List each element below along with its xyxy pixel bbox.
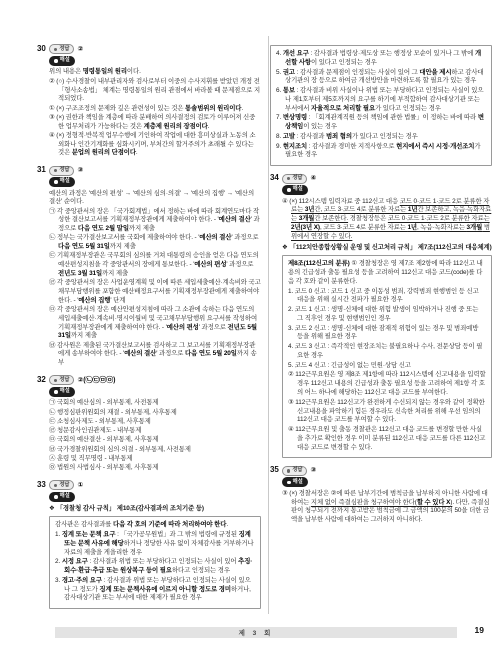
answer-badge-label: 정답 (292, 468, 302, 473)
law-box-line: 3. 경고·주의 요구 : 감사결과 위법 또는 부당하다고 인정되는 사실이 … (55, 577, 255, 603)
question-body: 해설㉠ 국회의 예산심의 - 외부통제, 사전통제㉡ 행정심판위원회의 재결 -… (49, 387, 261, 473)
answer-value: ③ (77, 166, 83, 176)
answer-badge-label: 정답 (59, 483, 69, 488)
answer-badge: 정답 (49, 166, 75, 176)
explanation-line: ㉡ 정부는 국가결산보고서를 국회에 제출하여야 한다. - '예산의 결산' … (49, 234, 261, 252)
explanation-line: ㉦ 훈령 및 직무명령 - 내부통제 (49, 455, 261, 464)
explanation-line: ㉤ 국회의 예산결산 - 외부통제, 사후통제 (49, 436, 261, 445)
law-box-line: 7. 변상명령 : 「회계관계직원 등의 책임에 관한 법률」이 정하는 바에 … (276, 114, 486, 132)
question-body: 해설❖「경찰청 감사 규칙」 제10조(감사결과의 조치기준 등)감사관은 감사… (49, 492, 261, 609)
page-number: 19 (475, 625, 484, 635)
explanation-line: ③ (×) 권한과 책임을 계층에 따라 분배하여 의사결정의 검토가 이루어져… (49, 114, 261, 132)
explanation-line: 위의 내용은 명령통일의 원리이다. (49, 68, 261, 77)
circle-icon (54, 484, 58, 488)
explanation-badge: 해설 (49, 56, 75, 66)
question-33: 33정답①해설❖「경찰청 감사 규칙」 제10조(감사결과의 조치기준 등)감사… (37, 480, 261, 609)
question-number: 34 (270, 173, 279, 184)
answer-value: ① (77, 481, 83, 491)
answer-badge: 정답 (49, 375, 75, 385)
explanation-line: ㉣ 청문감사인권관제도 - 내부통제 (49, 427, 261, 436)
law-box-line: 2. 시정 요구 : 감사결과 위법 또는 부당하다고 인정되는 사실이 있어 … (55, 558, 255, 576)
question-31: 31정답③해설예산의 과정은 '예산의 편성' → '예산의 심의·의결' → … (37, 165, 261, 368)
law-box-line: 9. 현지조치 : 감사결과 경미한 지적사항으로 현지에서 즉시 시정·개선조… (276, 143, 486, 161)
explanation-line: ④ (×) 정형적·반복적 업무수행에 기인하여 작업에 대한 흥미상실과 노동… (49, 132, 261, 158)
diamond-icon: ❖ (49, 505, 55, 514)
question-body: 해설③ (×) 경찰서장은 ②에 따른 납부기간에 범칙금을 납부하지 아니한 … (282, 477, 492, 525)
explanation-badge-label: 해설 (60, 494, 70, 499)
law-box-line: 8. 고발 : 감사결과 범죄 혐의가 있다고 인정되는 경우 (276, 133, 486, 142)
explanation-line: ㉢ 소청심사제도 - 외부통제, 사후통제 (49, 418, 261, 427)
question-30: 30정답②해설위의 내용은 명령통일의 원리이다.② (○) 수사경찰이 내부관… (37, 44, 261, 158)
law-reference: ❖「112치안종합상황실 운영 및 신고처리 규칙」 제7조(112신고의 대응… (282, 244, 492, 253)
answer-badge-label: 정답 (59, 378, 69, 383)
circle-icon (54, 495, 58, 499)
explanation-line: ㉥ 국가경찰위원회의 심의·의결 - 외부통제, 사전통제 (49, 446, 261, 455)
question-header: 32정답②(㉡㉢㉤㉧) (37, 375, 261, 386)
answer-badge-label: 정답 (59, 168, 69, 173)
explanation-line: ㉧ 법원의 사법심사 - 외부통제, 사후통제 (49, 464, 261, 473)
question-number: 35 (270, 465, 279, 476)
column-divider (268, 36, 269, 614)
circle-icon (287, 481, 291, 485)
law-box-line: 4. 개선 요구 : 감사결과 법령상·제도상 또는 행정상 모순이 있거나 그… (276, 50, 486, 68)
law-box-line: 2. 코드 1 신고 : 생명·신체에 대한 위험 발생이 임박하거나 진행 중… (288, 306, 486, 324)
explanation-line: ㉡ 행정심판위원회의 재결 - 외부통제, 사후통제 (49, 409, 261, 418)
question-body: 해설예산의 과정은 '예산의 편성' → '예산의 심의·의결' → '예산의 … (49, 177, 261, 368)
explanation-line: ㉠ 국회의 예산심의 - 외부통제, 사전통제 (49, 399, 261, 408)
law-box-line: ④ 112근무요원 및 출동 경찰관은 112신고 대응 코드를 변경할 만한 … (288, 426, 486, 452)
answer-value: ④ (310, 174, 316, 184)
explanation-badge-label: 해설 (60, 179, 70, 184)
round-label: 제 3 회 (239, 628, 274, 637)
law-reference-text: 「경찰청 감사 규칙」 제10조(감사결과의 조치기준 등) (57, 505, 204, 514)
question-header: 35정답③ (270, 465, 492, 476)
explanation-line: ㉠ 각 중앙관서의 장은 「국가회계법」에서 정하는 바에 따라 회계연도마다 … (49, 208, 261, 234)
circle-icon (287, 188, 291, 192)
explanation-line: ① (×) 구조조정의 문제와 깊은 관련성이 있는 것은 통솔범위의 원리이다… (49, 105, 261, 114)
law-text-box: 감사관은 감사결과를 다음 각 호의 기준에 따라 처리하여야 한다.1. 징계… (49, 516, 261, 609)
question-35: 35정답③해설③ (×) 경찰서장은 ②에 따른 납부기간에 범칙금을 납부하지… (270, 465, 492, 525)
law-box-line: ② 112근무요원은 영 제8조 제1항에 따라 112시스템에 신고내용을 입… (288, 371, 486, 397)
right-column: 4. 개선 요구 : 감사결과 법령상·제도상 또는 행정상 모순이 있거나 그… (270, 44, 492, 525)
circle-icon (54, 169, 58, 173)
explanation-line: ② (○) 수사경찰이 내부관리자와 검사로부터 이중의 수사지휘를 받았던 개… (49, 78, 261, 104)
law-box-line: ③ 112근무요원은 112신고가 완전하게 수신되지 않는 경우와 같이 정확… (288, 399, 486, 425)
answer-badge-label: 정답 (59, 47, 69, 52)
law-box-line: 제8조(112신고의 분류) ① 경찰청장은 영 제7조 제2항에 따라 112… (288, 260, 486, 286)
question-34: 34정답④해설④ (×) 112시스템 입력자료 중 112신고 대응 코드 0… (270, 173, 492, 458)
explanation-row: 해설 (49, 492, 261, 503)
law-box-line: 5. 코드 4 신고 : 긴급성이 없는 민원·상담 신고 (288, 362, 486, 371)
explanation-badge: 해설 (49, 177, 75, 187)
question-header: 31정답③ (37, 165, 261, 176)
question-body: 해설위의 내용은 명령통일의 원리이다.② (○) 수사경찰이 내부관리자와 검… (49, 56, 261, 158)
footer-round-bar: 제 3 회 (55, 627, 457, 638)
answer-value: ②(㉡㉢㉤㉧) (77, 376, 115, 386)
question-number: 30 (37, 44, 46, 55)
law-box-line: 감사관은 감사결과를 다음 각 호의 기준에 따라 처리하여야 한다. (55, 521, 255, 530)
explanation-badge-label: 해설 (293, 480, 303, 485)
circle-icon (54, 379, 58, 383)
diamond-icon: ❖ (282, 244, 288, 253)
question-body: 해설④ (×) 112시스템 입력자료 중 112신고 대응 코드 0·코드 1… (282, 185, 492, 458)
explanation-line: ③ (×) 경찰서장은 ②에 따른 납부기간에 범칙금을 납부하지 아니한 사람… (282, 490, 492, 525)
question-number: 31 (37, 165, 46, 176)
left-column: 30정답②해설위의 내용은 명령통일의 원리이다.② (○) 수사경찰이 내부관… (37, 44, 261, 612)
explanation-row: 해설 (49, 177, 261, 188)
circle-icon (54, 180, 58, 184)
law-box-line: 3. 코드 2 신고 : 생명·신체에 대한 잠재적 위험이 있는 경우 및 범… (288, 325, 486, 343)
explanation-badge-label: 해설 (60, 389, 70, 394)
answer-badge: 정답 (282, 174, 308, 184)
explanation-badge-label: 해설 (293, 187, 303, 192)
law-box-line: 4. 코드 3 신고 : 즉각적인 현장조치는 불필요하나 수사, 전문상담 등… (288, 343, 486, 361)
law-box-line: 5. 권고 : 감사결과 문제점이 인정되는 사실이 있어 그 대안을 제시하고… (276, 69, 486, 87)
explanation-row: 해설 (282, 185, 492, 196)
explanation-row: 해설 (49, 387, 261, 398)
explanation-row: 해설 (282, 477, 492, 488)
question-number: 32 (37, 375, 46, 386)
answer-value: ③ (310, 466, 316, 476)
question-header: 33정답① (37, 480, 261, 491)
law-text-box: 제8조(112신고의 분류) ① 경찰청장은 영 제7조 제2항에 따라 112… (282, 255, 492, 458)
circle-icon (287, 469, 291, 473)
explanation-line: ㉥ 감사원은 제출된 국가결산보고서를 검사하고 그 보고서를 기획재정부장관에… (49, 342, 261, 368)
explanation-badge: 해설 (282, 477, 308, 487)
answer-badge: 정답 (282, 466, 308, 476)
law-text-box: 4. 개선 요구 : 감사결과 법령상·제도상 또는 행정상 모순이 있거나 그… (270, 45, 492, 166)
question-32: 32정답②(㉡㉢㉤㉧)해설㉠ 국회의 예산심의 - 외부통제, 사전통제㉡ 행정… (37, 375, 261, 473)
explanation-line: ㉢ 기획재정부장관은 국무회의 심의를 거쳐 대통령의 승인을 얻은 다음 연도… (49, 252, 261, 278)
explanation-line: ㉤ 각 중앙관서의 장은 예산안편성지침에 따라 그 소관에 속하는 다음 연도… (49, 306, 261, 341)
explanation-row: 해설 (49, 56, 261, 67)
question-header: 34정답④ (270, 173, 492, 184)
answer-badge-label: 정답 (292, 176, 302, 181)
law-reference: ❖「경찰청 감사 규칙」 제10조(감사결과의 조치기준 등) (49, 505, 261, 514)
explanation-line: 예산의 과정은 '예산의 편성' → '예산의 심의·의결' → '예산의 집행… (49, 190, 261, 208)
answer-badge: 정답 (49, 480, 75, 490)
law-box-line: 1. 코드 0 신고 : 코드 1 신고 중 이동성 범죄, 강력범죄 현행범인… (288, 288, 486, 306)
law-box-line: 6. 통보 : 감사결과 비위 사실이나 위법 또는 부당하다고 인정되는 사실… (276, 87, 486, 113)
circle-icon (54, 48, 58, 52)
explanation-badge: 해설 (49, 387, 75, 397)
explanation-line: ④ (×) 112시스템 입력자료 중 112신고 대응 코드 0·코드 1·코… (282, 198, 492, 242)
answer-value: ② (77, 45, 83, 55)
circle-icon (287, 177, 291, 181)
circle-icon (54, 390, 58, 394)
law-reference-text: 「112치안종합상황실 운영 및 신고처리 규칙」 제7조(112신고의 대응체… (290, 244, 492, 253)
explanation-badge: 해설 (49, 492, 75, 502)
explanation-badge: 해설 (282, 185, 308, 195)
question-header: 30정답② (37, 44, 261, 55)
question-number: 33 (37, 480, 46, 491)
law-box-line: 1. 징계 또는 문책 요구 : 「국가공무원법」과 그 밖의 법령에 규정된 … (55, 531, 255, 557)
explanation-line: ㉣ 각 중앙관서의 장은 사업운영계획 및 이에 따른 세입세출예산·계속비와 … (49, 279, 261, 305)
answer-badge: 정답 (49, 44, 75, 54)
explanation-badge-label: 해설 (60, 58, 70, 63)
circle-icon (54, 59, 58, 63)
exam-answer-page: 30정답②해설위의 내용은 명령통일의 원리이다.② (○) 수사경찰이 내부관… (0, 0, 500, 670)
